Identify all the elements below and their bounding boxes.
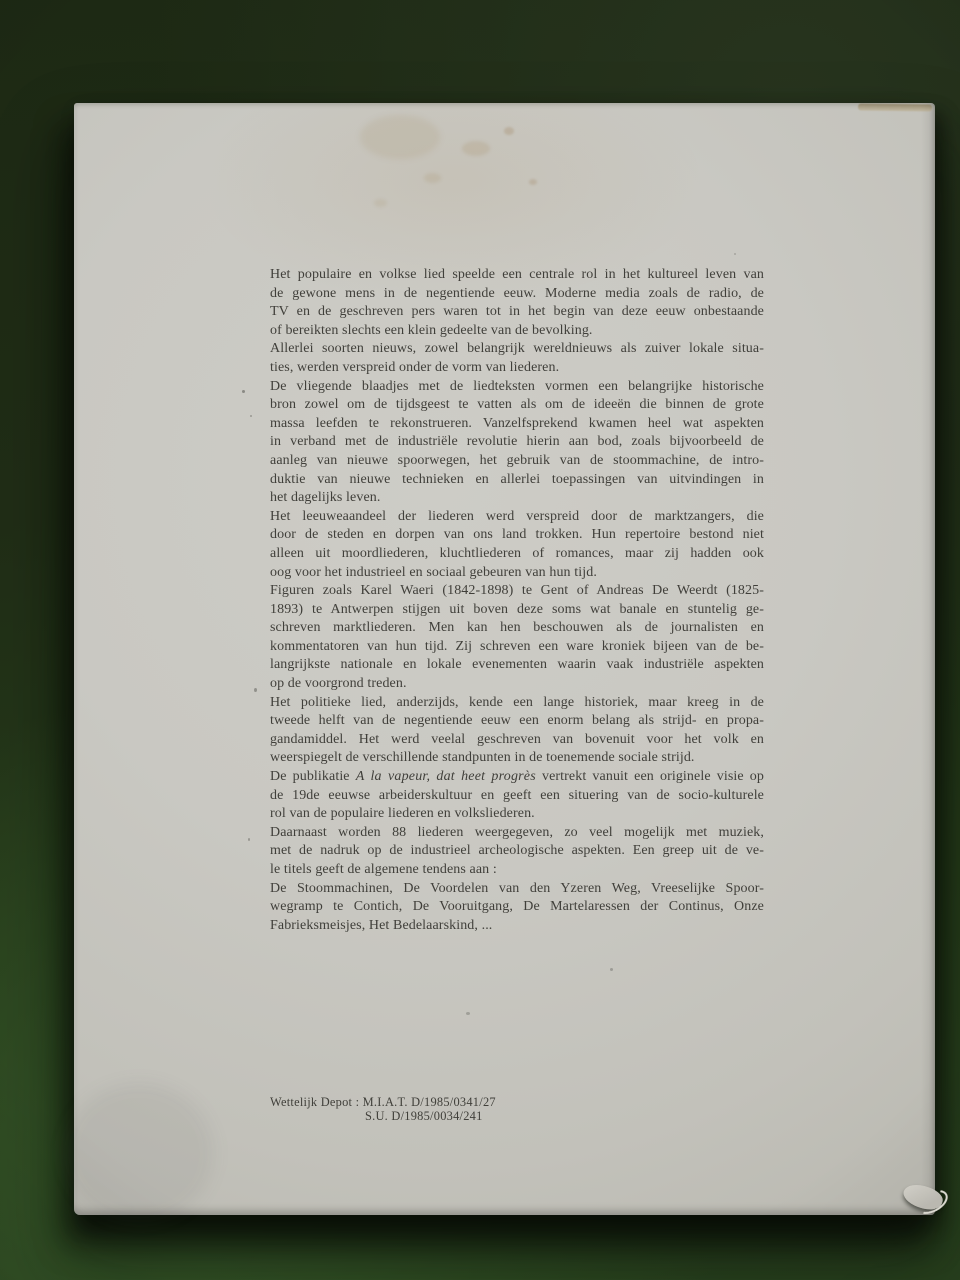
body-line: Figuren zoals Karel Waeri (1842-1898) te…	[270, 582, 764, 601]
body-line: Het populaire en volkse lied speelde een…	[270, 266, 764, 285]
foxing-stain	[360, 115, 440, 159]
foxing-stain	[424, 173, 441, 183]
paper-speck	[254, 688, 257, 692]
body-line: duktie van nieuwe technieken en allerlei…	[270, 471, 764, 490]
paper-speck	[242, 390, 245, 393]
body-line: Het politieke lied, anderzijds, kende ee…	[270, 694, 764, 713]
top-edge-chip	[858, 103, 932, 111]
body-line: wegramp te Contich, De Vooruitgang, De M…	[270, 898, 764, 917]
paper-speck	[734, 253, 736, 255]
body-line: in verband met de industriële revolutie …	[270, 433, 764, 452]
body-line: 1893) te Antwerpen stijgen uit boven dez…	[270, 601, 764, 620]
body-line: Allerlei soorten nieuws, zowel belangrij…	[270, 340, 764, 359]
body-line: Het leeuweaandeel der liederen werd vers…	[270, 508, 764, 527]
body-line: door de steden en dorpen van ons land tr…	[270, 526, 764, 545]
body-line: De vliegende blaadjes met de liedteksten…	[270, 378, 764, 397]
body-line: le titels geeft de algemene tendens aan …	[270, 861, 764, 880]
body-line: De publikatie A la vapeur, dat heet prog…	[270, 768, 764, 787]
body-line: alleen uit moordliederen, kluchtliederen…	[270, 545, 764, 564]
body-line: gandamiddel. Het werd veelal geschreven …	[270, 731, 764, 750]
body-line: bron zowel om de tijdsgeest te vatten al…	[270, 396, 764, 415]
book-back-cover: Het populaire en volkse lied speelde een…	[74, 103, 935, 1215]
paper-speck	[248, 838, 250, 841]
body-line: De Stoommachinen, De Voordelen van den Y…	[270, 880, 764, 899]
body-line: Fabrieksmeisjes, Het Bedelaarskind, ...	[270, 917, 764, 936]
body-line: het dagelijks leven.	[270, 489, 764, 508]
body-line: weerspiegelt de verschillende standpunte…	[270, 749, 764, 768]
foxing-stain	[374, 199, 387, 207]
body-line: de 19de eeuwse arbeiderskultuur en geeft…	[270, 787, 764, 806]
body-line: ties, werden verspreid onder de vorm van…	[270, 359, 764, 378]
paper-speck	[610, 968, 613, 971]
foxing-stain	[529, 179, 537, 185]
body-line: Daarnaast worden 88 liederen weergegeven…	[270, 824, 764, 843]
legal-deposit: Wettelijk Depot : M.I.A.T. D/1985/0341/2…	[270, 1096, 496, 1124]
foxing-stain	[504, 127, 514, 135]
body-line: oog voor het industrieel en sociaal gebe…	[270, 564, 764, 583]
body-line: kommentatoren van hun tijd. Zij schreven…	[270, 638, 764, 657]
back-cover-text: Het populaire en volkse lied speelde een…	[270, 266, 764, 935]
paper-speck	[250, 415, 252, 417]
body-line: met de nadruk op de industrieel archeolo…	[270, 842, 764, 861]
paper-speck	[466, 1012, 470, 1015]
legal-deposit-line1: Wettelijk Depot : M.I.A.T. D/1985/0341/2…	[270, 1096, 496, 1110]
body-line: TV en de geschreven pers waren tot in he…	[270, 303, 764, 322]
body-line: massa leefden te rekonstrueren. Vanzelfs…	[270, 415, 764, 434]
body-line: de gewone mens in de negentiende eeuw. M…	[270, 285, 764, 304]
body-line: tweede helft van de negentiende eeuw een…	[270, 712, 764, 731]
body-line: schreven marktliederen. Men kan hen besc…	[270, 619, 764, 638]
foxing-stain	[462, 141, 490, 156]
body-line: rol van de populaire liederen en volksli…	[270, 805, 764, 824]
smudge	[64, 1083, 214, 1223]
body-line: langrijkste nationale en lokale evenemen…	[270, 656, 764, 675]
legal-deposit-line2: S.U. D/1985/0034/241	[270, 1110, 496, 1124]
body-line: op de voorgrond treden.	[270, 675, 764, 694]
body-line: aanleg van nieuwe spoorwegen, het gebrui…	[270, 452, 764, 471]
photo-background: Het populaire en volkse lied speelde een…	[0, 0, 960, 1280]
body-line: of bereikten slechts een klein gedeelte …	[270, 322, 764, 341]
